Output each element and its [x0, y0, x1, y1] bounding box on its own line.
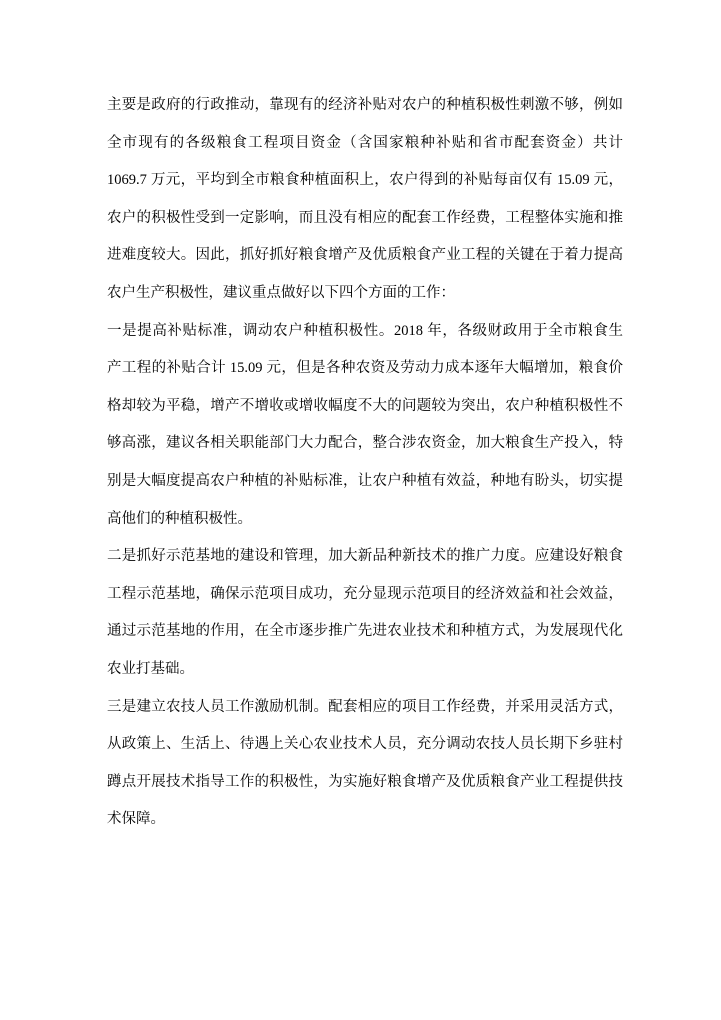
paragraph-point-3: 三是建立农技人员工作激励机制。配套相应的项目工作经费，并采用灵活方式， 从政策上… [107, 689, 623, 839]
text-line: 格却较为平稳，增产不增收或增收幅度不大的问题较为突出，农户种植积极性不 [107, 388, 623, 426]
text-line: 高他们的种植积极性。 [107, 501, 623, 539]
text-line: 全市现有的各级粮食工程项目资金（含国家粮种补贴和省市配套资金）共计 [107, 125, 623, 163]
text-line: 进难度较大。因此，抓好抓好粮食增产及优质粮食产业工程的关键在于着力提高 [107, 237, 623, 275]
text-line: 一是提高补贴标准，调动农户种植积极性。2018 年，各级财政用于全市粮食生 [107, 313, 623, 351]
text-line: 三是建立农技人员工作激励机制。配套相应的项目工作经费，并采用灵活方式， [107, 689, 623, 727]
text-line: 农业打基础。 [107, 651, 623, 689]
text-line: 农户生产积极性，建议重点做好以下四个方面的工作： [107, 275, 623, 313]
text-line: 术保障。 [107, 801, 623, 839]
paragraph-point-2: 二是抓好示范基地的建设和管理，加大新品种新技术的推广力度。应建设好粮食 工程示范… [107, 538, 623, 688]
text-line: 从政策上、生活上、待遇上关心农业技术人员，充分调动农技人员长期下乡驻村 [107, 726, 623, 764]
text-line: 1069.7 万元，平均到全市粮食种植面积上，农户得到的补贴每亩仅有 15.09… [107, 162, 623, 200]
text-line: 蹲点开展技术指导工作的积极性，为实施好粮食增产及优质粮食产业工程提供技 [107, 764, 623, 802]
paragraph-point-1: 一是提高补贴标准，调动农户种植积极性。2018 年，各级财政用于全市粮食生 产工… [107, 313, 623, 539]
text-line: 产工程的补贴合计 15.09 元，但是各种农资及劳动力成本逐年大幅增加，粮食价 [107, 350, 623, 388]
text-line: 主要是政府的行政推动，靠现有的经济补贴对农户的种植积极性刺激不够，例如 [107, 87, 623, 125]
text-line: 工程示范基地，确保示范项目成功，充分显现示范项目的经济效益和社会效益， [107, 576, 623, 614]
text-line: 通过示范基地的作用，在全市逐步推广先进农业技术和种植方式，为发展现代化 [107, 613, 623, 651]
paragraph-intro: 主要是政府的行政推动，靠现有的经济补贴对农户的种植积极性刺激不够，例如 全市现有… [107, 87, 623, 313]
text-line: 别是大幅度提高农户种植的补贴标准，让农户种植有效益，种地有盼头，切实提 [107, 463, 623, 501]
text-line: 二是抓好示范基地的建设和管理，加大新品种新技术的推广力度。应建设好粮食 [107, 538, 623, 576]
text-block: 主要是政府的行政推动，靠现有的经济补贴对农户的种植积极性刺激不够，例如 全市现有… [107, 87, 623, 839]
text-line: 够高涨，建议各相关职能部门大力配合，整合涉农资金，加大粮食生产投入，特 [107, 425, 623, 463]
text-line: 农户的积极性受到一定影响，而且没有相应的配套工作经费，工程整体实施和推 [107, 200, 623, 238]
document-page: 主要是政府的行政推动，靠现有的经济补贴对农户的种植积极性刺激不够，例如 全市现有… [0, 0, 721, 1020]
